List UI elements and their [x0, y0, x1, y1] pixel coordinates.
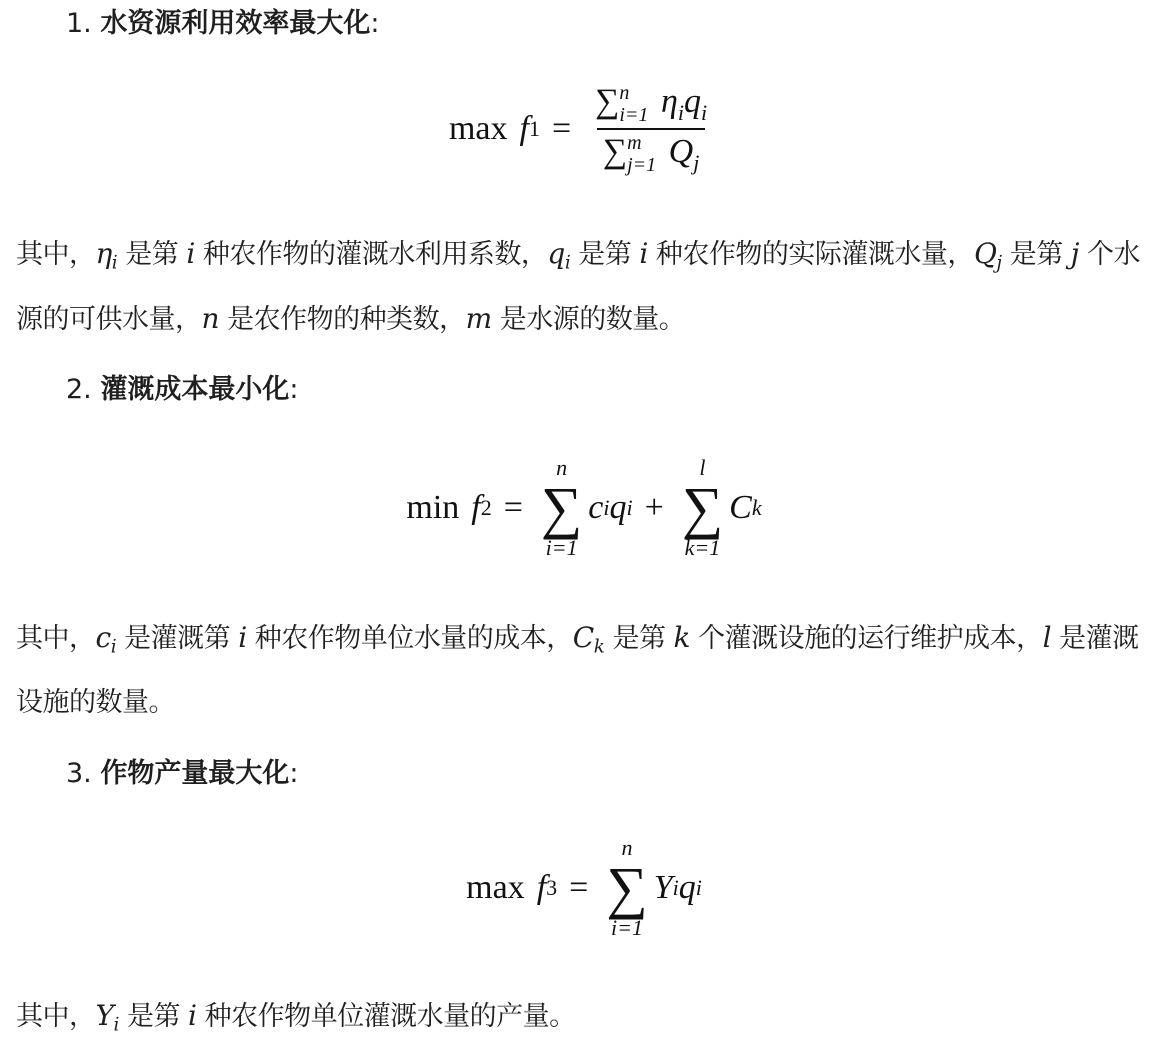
subscript: i — [696, 875, 702, 901]
math-var: j — [1071, 237, 1079, 270]
text: 是第 — [604, 623, 673, 654]
section-title: 水资源利用效率最大化 — [100, 8, 370, 39]
sum-lower: i=1 — [619, 104, 648, 126]
text: 种农作物单位水量的成本， — [247, 623, 573, 654]
equals-sign: = — [569, 869, 588, 907]
numerator: ∑ni=1 ηiqi — [589, 82, 713, 128]
math-var: n — [202, 302, 220, 335]
text: 其中， — [16, 623, 96, 654]
list-number: 2. — [66, 374, 92, 405]
math-var: l — [1043, 621, 1051, 654]
q-symbol: q — [679, 869, 696, 907]
math-var: i — [639, 237, 647, 270]
plus-sign: + — [645, 489, 664, 527]
operator-min: min — [406, 489, 459, 527]
text: 是第 — [117, 239, 186, 270]
section-title: 作物产量最大化 — [100, 758, 289, 789]
section-2-heading: 2. 灌溉成本最小化: — [66, 370, 298, 410]
text: 是第 — [1002, 239, 1071, 270]
math-var: i — [188, 999, 196, 1032]
section-1-heading: 1. 水资源利用效率最大化: — [66, 4, 379, 44]
formula-irrigation-cost: min f2 = n ∑ i=1 ciqi + l ∑ k=1 Ck — [0, 446, 1168, 570]
summation-1: n ∑ i=1 — [606, 837, 647, 939]
sum-icon: ∑ — [682, 479, 723, 537]
math-var: η — [96, 237, 112, 270]
sum-lower: i=1 — [611, 917, 643, 939]
text: 其中， — [16, 239, 96, 270]
math-sub: k — [594, 637, 605, 658]
subscript: k — [752, 495, 762, 521]
equals-sign: = — [504, 489, 523, 527]
math-var: Y — [96, 999, 114, 1032]
summation-1: n ∑ i=1 — [541, 457, 582, 559]
c-symbol: c — [588, 489, 603, 527]
eta-symbol: η — [661, 83, 678, 120]
text: 是第 — [570, 239, 639, 270]
summation-2: l ∑ k=1 — [682, 457, 723, 559]
math-var: m — [466, 302, 492, 335]
sum-upper: n — [619, 82, 648, 104]
operator-max: max — [449, 110, 508, 148]
colon: : — [289, 374, 298, 405]
operator-max: max — [466, 869, 525, 907]
sum-lower: k=1 — [685, 537, 721, 559]
math-var: q — [547, 237, 564, 270]
colon: : — [370, 8, 379, 39]
colon: : — [289, 758, 298, 789]
section-title: 灌溉成本最小化 — [100, 374, 289, 405]
sum-lower: j=1 — [627, 154, 656, 176]
text: 种农作物的实际灌溉水量， — [648, 239, 974, 270]
text: 种农作物单位灌溉水量的产量。 — [197, 1001, 576, 1032]
formula-water-efficiency: max f1 = ∑ni=1 ηiqi ∑mj=1 Qj — [0, 74, 1168, 184]
math-var: C — [573, 621, 594, 654]
Y-symbol: Y — [654, 869, 673, 907]
Q-symbol: Q — [669, 133, 694, 170]
function-symbol: f — [471, 489, 480, 527]
math-var: c — [96, 621, 111, 654]
formula-crop-yield: max f3 = n ∑ i=1 Yiqi — [0, 826, 1168, 950]
sum-lower: i=1 — [546, 537, 578, 559]
denominator: ∑mj=1 Qj — [597, 128, 706, 176]
q-symbol: q — [684, 83, 701, 120]
subscript: i — [627, 495, 633, 521]
subscript: j — [693, 150, 699, 175]
text: 个灌溉设施的运行维护成本， — [690, 623, 1043, 654]
math-var: k — [674, 621, 690, 654]
text: 是农作物的种类数， — [219, 304, 466, 335]
equals-sign: = — [552, 110, 571, 148]
C-symbol: C — [729, 489, 752, 527]
text: 是水源的数量。 — [492, 304, 686, 335]
sum-icon: ∑ — [595, 83, 619, 120]
list-number: 3. — [66, 758, 92, 789]
q-symbol: q — [610, 489, 627, 527]
function-subscript: 3 — [546, 875, 557, 901]
text: 种农作物的灌溉水利用系数， — [195, 239, 548, 270]
section-3-heading: 3. 作物产量最大化: — [66, 754, 298, 794]
function-symbol: f — [519, 110, 528, 148]
explanation-1: 其中，ηi 是第 i 种农作物的灌溉水利用系数，qi 是第 i 种农作物的实际灌… — [16, 226, 1156, 347]
sum-icon: ∑ — [606, 859, 647, 917]
sum-icon: ∑ — [603, 133, 627, 170]
subscript: i — [701, 100, 707, 125]
math-var: i — [186, 237, 194, 270]
math-var: Q — [974, 237, 996, 270]
text: 是灌溉第 — [116, 623, 238, 654]
function-subscript: 1 — [529, 116, 540, 142]
explanation-3: 其中，Yi 是第 i 种农作物单位灌溉水量的产量。 — [16, 988, 1156, 1053]
fraction: ∑ni=1 ηiqi ∑mj=1 Qj — [589, 82, 713, 176]
sum-upper: m — [627, 132, 656, 154]
text: 其中， — [16, 1001, 96, 1032]
function-symbol: f — [537, 869, 546, 907]
sum-icon: ∑ — [541, 479, 582, 537]
text: 是第 — [119, 1001, 188, 1032]
explanation-2: 其中，ci 是灌溉第 i 种农作物单位水量的成本，Ck 是第 k 个灌溉设施的运… — [16, 610, 1156, 730]
list-number: 1. — [66, 8, 92, 39]
math-var: i — [238, 621, 246, 654]
function-subscript: 2 — [481, 495, 492, 521]
